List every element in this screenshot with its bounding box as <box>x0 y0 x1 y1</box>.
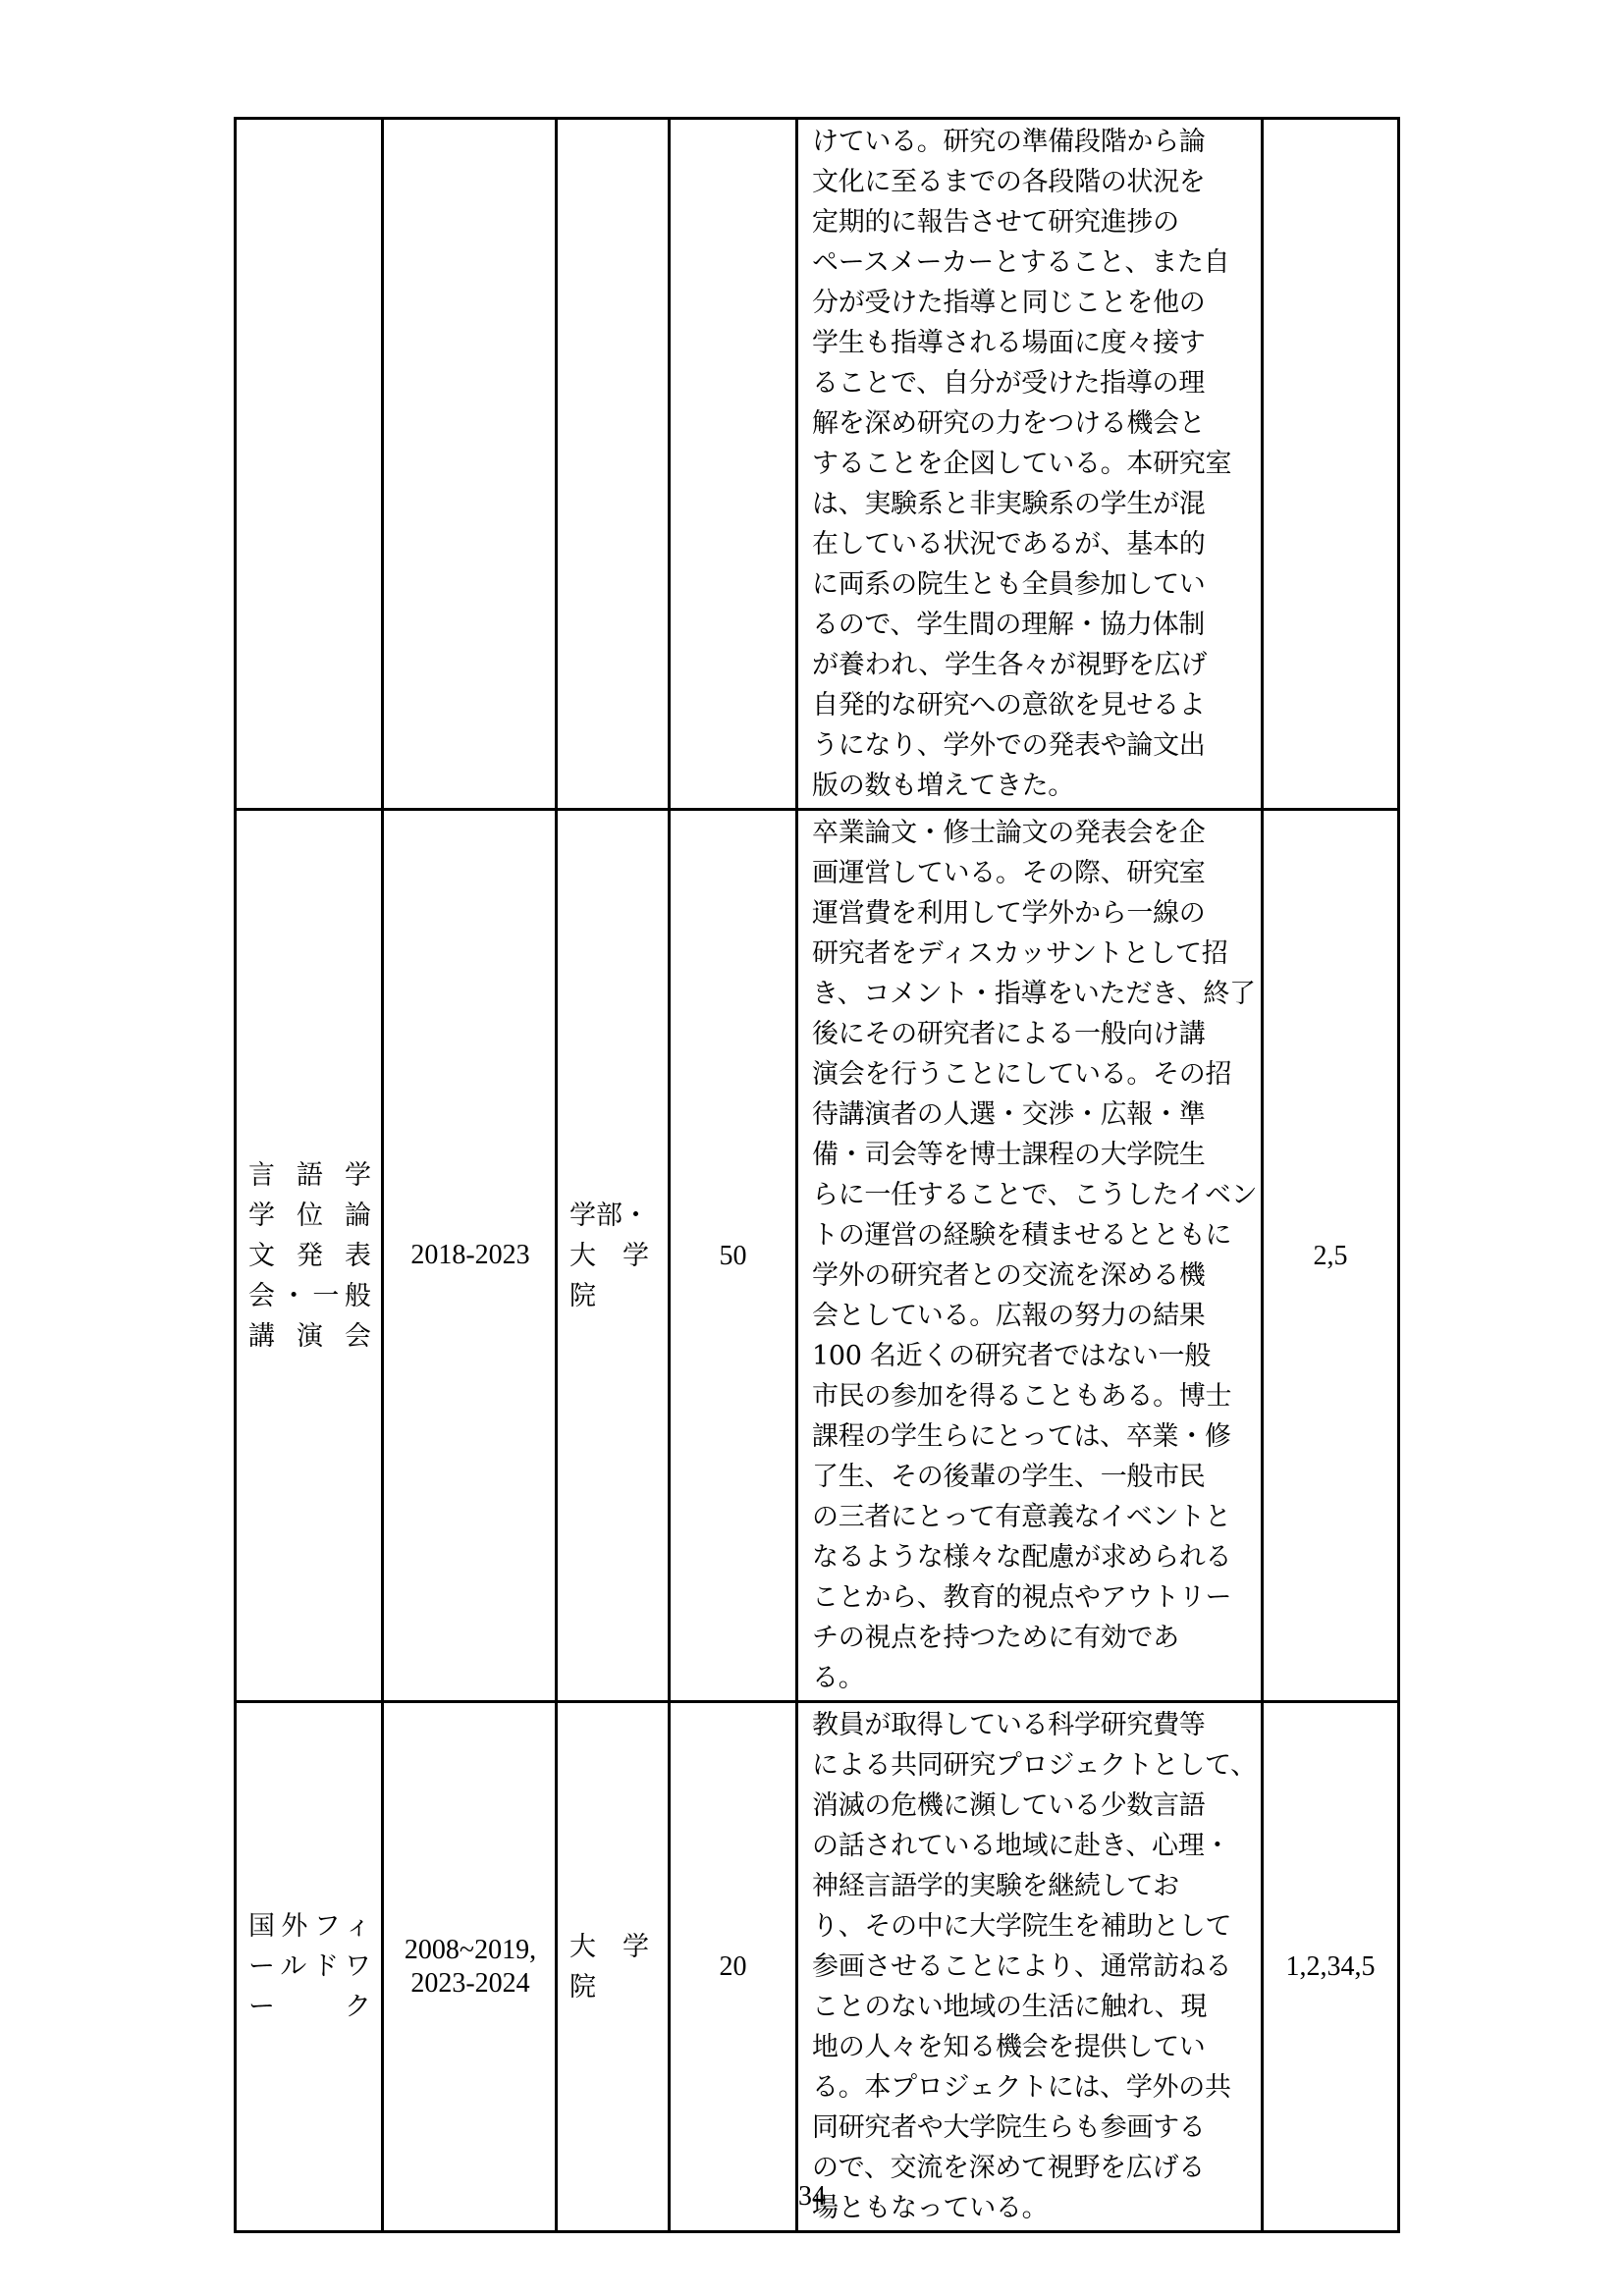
description-line: ことのない地域の生活に触れ、現 <box>812 1987 1251 2027</box>
activity-name-line: 言 語 学 <box>248 1155 371 1196</box>
description-line: 運営費を利用して学外から一線の <box>812 893 1251 934</box>
description-line: 100 名近くの研究者ではない一般 <box>812 1336 1251 1376</box>
period-line: 2008~2019, <box>396 1934 545 1967</box>
description-line: き、コメント・指導をいただき、終了 <box>812 974 1251 1014</box>
description-line: 待講演者の人選・交渉・広報・準 <box>812 1095 1251 1135</box>
activity-name-cell: 国外フィ ールドワ ーク <box>236 1702 383 2232</box>
description-line: 消滅の危機に瀕している少数言語 <box>812 1786 1251 1826</box>
description-line: ペースメーカーとすること、また自 <box>812 242 1251 283</box>
description-line: 同研究者や大学院生らも参画する <box>812 2108 1251 2148</box>
description-line: らに一任することで、こうしたイベン <box>812 1175 1251 1215</box>
activity-name-line: 文 発 表 <box>248 1236 371 1276</box>
target-cell: 大 学 院 <box>557 1702 670 2232</box>
description-line: 学外の研究者との交流を深める機 <box>812 1255 1251 1296</box>
description-line: 市民の参加を得ることもある。博士 <box>812 1376 1251 1416</box>
target-cell <box>557 119 670 810</box>
activity-name-line: ールドワ <box>248 1947 371 1987</box>
activity-name-cell: 言 語 学 学 位 論 文 発 表 会・一般 講演会 <box>236 810 383 1702</box>
description-line: が養われ、学生各々が視野を広げ <box>812 645 1251 685</box>
period-cell <box>383 119 557 810</box>
description-line: の話されている地域に赴き、心理・ <box>812 1826 1251 1866</box>
description-line: 演会を行うことにしている。その招 <box>812 1054 1251 1095</box>
activity-name-line: 国外フィ <box>248 1906 371 1947</box>
activity-name-cell <box>236 119 383 810</box>
target-line: 学部・ <box>569 1196 658 1236</box>
description-line: 研究者をディスカッサントとして招 <box>812 934 1251 974</box>
description-line: することを企図している。本研究室 <box>812 444 1251 484</box>
period-line: 2018-2023 <box>396 1239 545 1272</box>
activity-name-line: 学 位 論 <box>248 1196 371 1236</box>
target-line: 院 <box>569 1276 658 1316</box>
description-line: に両系の院生とも全員参加してい <box>812 564 1251 605</box>
description-line: けている。研究の準備段階から論 <box>812 122 1251 162</box>
description-line: 文化に至るまでの各段階の状況を <box>812 162 1251 202</box>
description-line: るので、学生間の理解・協力体制 <box>812 605 1251 645</box>
period-cell: 2018-2023 <box>383 810 557 1702</box>
target-line: 院 <box>569 1967 658 2007</box>
description-line: による共同研究プロジェクトとして、 <box>812 1745 1251 1786</box>
participant-count-cell: 50 <box>670 810 797 1702</box>
description-line: 教員が取得している科学研究費等 <box>812 1705 1251 1745</box>
activity-name-line: 講演会 <box>248 1316 371 1357</box>
table-row: 言 語 学 学 位 論 文 発 表 会・一般 講演会 2018-2023 学部・… <box>236 810 1399 1702</box>
description-line: 会としている。広報の努力の結果 <box>812 1296 1251 1336</box>
participant-count-cell: 20 <box>670 1702 797 2232</box>
description-line: る。本プロジェクトには、学外の共 <box>812 2067 1251 2108</box>
description-line: 地の人々を知る機会を提供してい <box>812 2027 1251 2067</box>
goals-cell <box>1263 119 1399 810</box>
description-line: は、実験系と非実験系の学生が混 <box>812 484 1251 524</box>
description-line: 在している状況であるが、基本的 <box>812 524 1251 564</box>
description-line: 了生、その後輩の学生、一般市民 <box>812 1457 1251 1497</box>
description-cell: けている。研究の準備段階から論 文化に至るまでの各段階の状況を 定期的に報告させ… <box>797 119 1263 810</box>
description-line: の三者にとって有意義なイベントと <box>812 1497 1251 1537</box>
table-row: けている。研究の準備段階から論 文化に至るまでの各段階の状況を 定期的に報告させ… <box>236 119 1399 810</box>
description-line: 神経言語学的実験を継続してお <box>812 1866 1251 1906</box>
description-line: 卒業論文・修士論文の発表会を企 <box>812 813 1251 853</box>
description-line: 学生も指導される場面に度々接す <box>812 323 1251 363</box>
goals-cell: 2,5 <box>1263 810 1399 1702</box>
page-number: 34 <box>0 2181 1624 2213</box>
target-cell: 学部・ 大 学 院 <box>557 810 670 1702</box>
participant-count-cell <box>670 119 797 810</box>
description-cell: 教員が取得している科学研究費等 による共同研究プロジェクトとして、 消滅の危機に… <box>797 1702 1263 2232</box>
description-line: うになり、学外での発表や論文出 <box>812 725 1251 766</box>
activity-name-line: 会・一般 <box>248 1276 371 1316</box>
description-line: チの視点を持つために有効であ <box>812 1618 1251 1658</box>
activities-table: けている。研究の準備段階から論 文化に至るまでの各段階の状況を 定期的に報告させ… <box>234 117 1400 2233</box>
description-line: 版の数も増えてきた。 <box>812 766 1251 806</box>
description-line: 自発的な研究への意欲を見せるよ <box>812 685 1251 725</box>
description-line: 後にその研究者による一般向け講 <box>812 1014 1251 1054</box>
description-line: ることで、自分が受けた指導の理 <box>812 363 1251 403</box>
description-line: り、その中に大学院生を補助として <box>812 1906 1251 1947</box>
target-line: 大 学 <box>569 1236 658 1276</box>
description-line: 備・司会等を博士課程の大学院生 <box>812 1135 1251 1175</box>
description-line: ことから、教育的視点やアウトリー <box>812 1577 1251 1618</box>
period-cell: 2008~2019, 2023-2024 <box>383 1702 557 2232</box>
target-line: 大 学 <box>569 1927 658 1967</box>
description-line: なるような様々な配慮が求められる <box>812 1537 1251 1577</box>
description-line: 画運営している。その際、研究室 <box>812 853 1251 893</box>
goals-cell: 1,2,34,5 <box>1263 1702 1399 2232</box>
description-line: トの運営の経験を積ませるとともに <box>812 1215 1251 1255</box>
description-line: 解を深め研究の力をつける機会と <box>812 403 1251 444</box>
period-line: 2023-2024 <box>396 1967 545 2001</box>
description-line: 分が受けた指導と同じことを他の <box>812 283 1251 323</box>
description-cell: 卒業論文・修士論文の発表会を企 画運営している。その際、研究室 運営費を利用して… <box>797 810 1263 1702</box>
description-line: 課程の学生らにとっては、卒業・修 <box>812 1416 1251 1457</box>
activity-name-line: ーク <box>248 1987 371 2027</box>
description-line: る。 <box>812 1658 1251 1698</box>
description-line: 定期的に報告させて研究進捗の <box>812 202 1251 242</box>
table-row: 国外フィ ールドワ ーク 2008~2019, 2023-2024 大 学 院 … <box>236 1702 1399 2232</box>
description-line: 参画させることにより、通常訪ねる <box>812 1947 1251 1987</box>
